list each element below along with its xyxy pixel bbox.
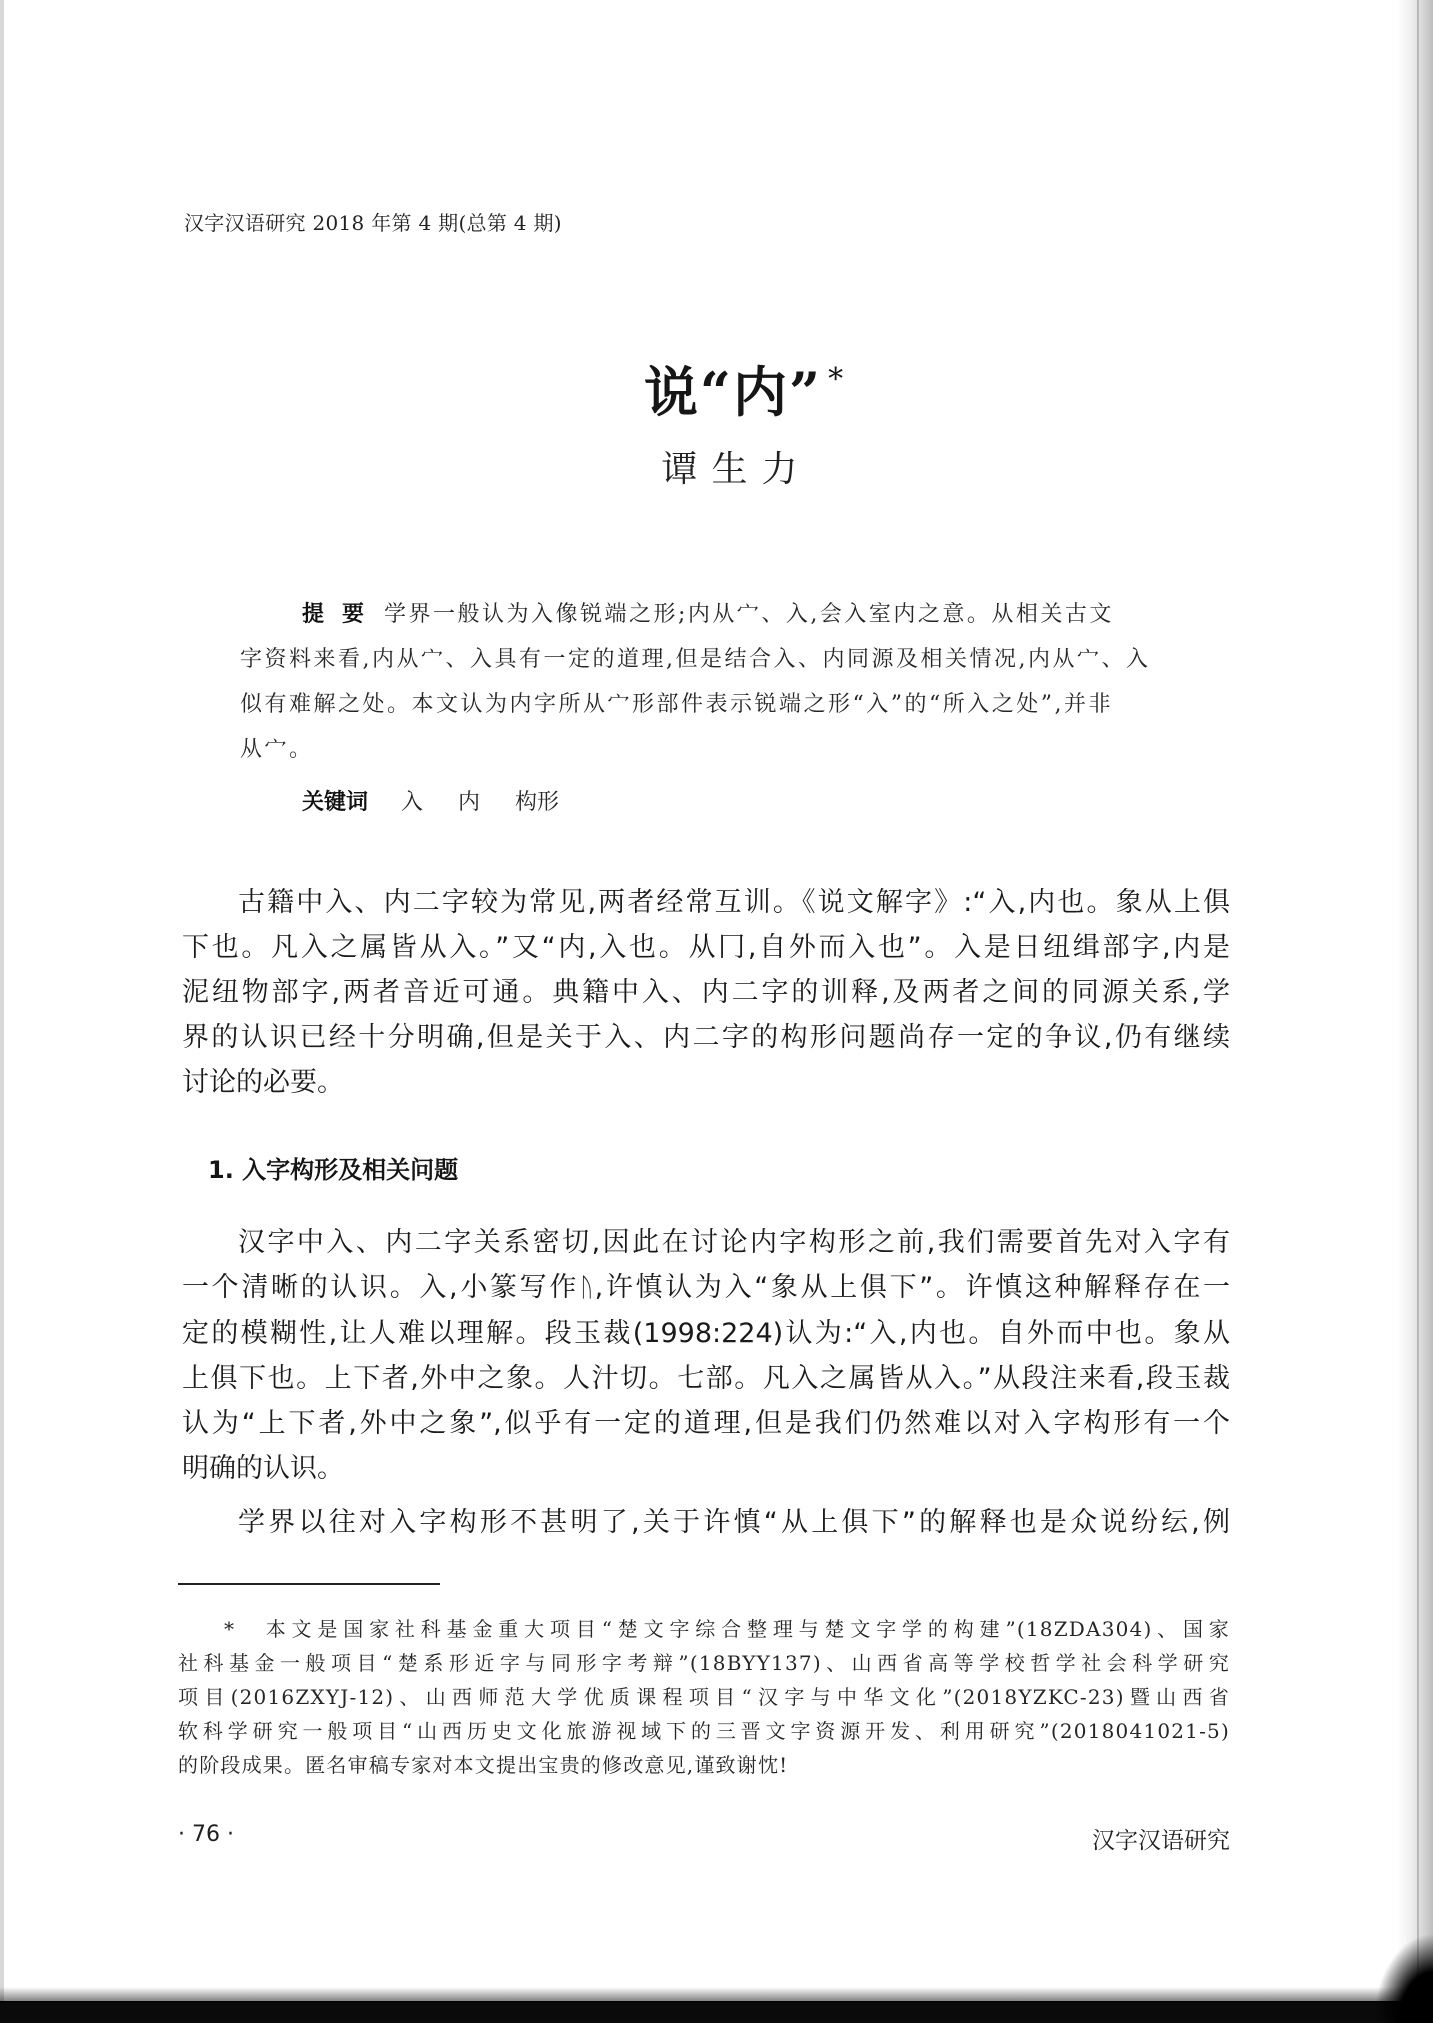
scan-edge-bottom: [0, 2001, 1433, 2023]
scan-edge-left: [0, 0, 4, 2023]
abstract-line: 提要学界一般认为入像锐端之形;内从宀、入,会入室内之意。从相关古文: [240, 592, 1170, 637]
page-footer: · 76 · 汉字汉语研究: [178, 1822, 1230, 1856]
body-paragraph-section-1: 汉字中入、内二字关系密切,因此在讨论内字构形之前,我们需要首先对入字有 一个清晰…: [182, 1220, 1230, 1491]
title-footnote-marker: *: [828, 362, 845, 397]
article-title: 说“内”*: [644, 350, 845, 427]
body-line: 讨论的必要。: [182, 1060, 1230, 1105]
section-heading: 1. 入字构形及相关问题: [208, 1150, 458, 1185]
footnote-divider: [178, 1583, 440, 1585]
footnote-text: 本文是国家社科基金重大项目“楚文字综合整理与楚文字学的构建”(18ZDA304)…: [266, 1617, 1230, 1641]
abstract-line: 字资料来看,内从宀、入具有一定的道理,但是结合入、内同源及相关情况,内从宀、入: [240, 637, 1170, 682]
keywords: 关键词 入 内 构形: [302, 785, 587, 816]
footnote-line: 的阶段成果。匿名审稿专家对本文提出宝贵的修改意见,谨致谢忱!: [178, 1748, 1230, 1782]
journal-name: 汉字汉语研究: [1092, 1822, 1230, 1855]
keyword: 内: [458, 790, 480, 815]
seal-script-ru-glyph: ᚢ: [581, 1266, 593, 1311]
abstract-line: 似有难解之处。本文认为内字所从宀形部件表示锐端之形“入”的“所入之处”,并非: [240, 682, 1170, 727]
abstract-text: 学界一般认为入像锐端之形;内从宀、入,会入室内之意。从相关古文: [384, 602, 1114, 627]
body-line: 学界以往对入字构形不甚明了,关于许慎“从上俱下”的解释也是众说纷纭,例: [182, 1500, 1230, 1545]
abstract-line: 从宀。: [240, 727, 1170, 772]
footnote-line: 项目(2016ZXYJ-12)、山西师范大学优质课程项目“汉字与中华文化”(20…: [178, 1680, 1230, 1714]
footnote-line: 软科学研究一般项目“山西历史文化旅游视域下的三晋文字资源开发、利用研究”(201…: [178, 1714, 1230, 1748]
body-line: 下也。凡入之属皆从入。”又“内,入也。从冂,自外而入也”。入是日纽缉部字,内是: [182, 925, 1230, 970]
scan-corner-shadow: [1373, 1933, 1433, 2023]
keywords-label: 关键词: [302, 790, 368, 815]
footnote: * 本文是国家社科基金重大项目“楚文字综合整理与楚文字学的构建”(18ZDA30…: [178, 1612, 1230, 1782]
footnote-marker: *: [224, 1617, 235, 1641]
footnote-line: * 本文是国家社科基金重大项目“楚文字综合整理与楚文字学的构建”(18ZDA30…: [178, 1612, 1230, 1646]
footnote-line: 社科基金一般项目“楚系形近字与同形字考辩”(18BYY137)、山西省高等学校哲…: [178, 1646, 1230, 1680]
body-line: 明确的认识。: [182, 1446, 1230, 1491]
abstract-label: 提要: [302, 602, 382, 627]
article-title-text: 说“内”: [644, 360, 822, 424]
body-text-segment: ,许慎认为入“象从上俱下”。许慎这种解释存在一: [595, 1272, 1230, 1303]
body-line: 汉字中入、内二字关系密切,因此在讨论内字构形之前,我们需要首先对入字有: [182, 1220, 1230, 1265]
body-line: 定的模糊性,让人难以理解。段玉裁(1998:224)认为:“入,内也。自外而中也…: [182, 1311, 1230, 1356]
body-line: 古籍中入、内二字较为常见,两者经常互训。《说文解字》:“入,内也。象从上俱: [182, 880, 1230, 925]
keyword: 入: [401, 790, 423, 815]
body-paragraph-continued: 学界以往对入字构形不甚明了,关于许慎“从上俱下”的解释也是众说纷纭,例: [182, 1500, 1230, 1545]
page-number: · 76 ·: [178, 1822, 234, 1847]
body-line: 泥纽物部字,两者音近可通。典籍中入、内二字的训释,及两者之间的同源关系,学: [182, 970, 1230, 1015]
title-block: 说“内”* 谭生力: [0, 350, 1433, 492]
keyword: 构形: [515, 790, 559, 815]
scan-edge-right: [1397, 0, 1433, 2023]
running-header: 汉字汉语研究 2018 年第 4 期(总第 4 期): [184, 207, 562, 236]
body-line: 认为“上下者,外中之象”,似乎有一定的道理,但是我们仍然难以对入字构形有一个: [182, 1401, 1230, 1446]
author-name: 谭生力: [20, 441, 1433, 492]
body-text-segment: 一个清晰的认识。入,小篆写作: [182, 1272, 579, 1303]
body-paragraph-intro: 古籍中入、内二字较为常见,两者经常互训。《说文解字》:“入,内也。象从上俱 下也…: [182, 880, 1230, 1105]
abstract: 提要学界一般认为入像锐端之形;内从宀、入,会入室内之意。从相关古文 字资料来看,…: [240, 592, 1170, 772]
body-line: 上俱下也。上下者,外中之象。人汁切。七部。凡入之属皆从入。”从段注来看,段玉裁: [182, 1356, 1230, 1401]
body-line: 一个清晰的认识。入,小篆写作ᚢ,许慎认为入“象从上俱下”。许慎这种解释存在一: [182, 1265, 1230, 1311]
scan-page-fold-line: [1417, 0, 1419, 2023]
body-line: 界的认识已经十分明确,但是关于入、内二字的构形问题尚存一定的争议,仍有继续: [182, 1015, 1230, 1060]
